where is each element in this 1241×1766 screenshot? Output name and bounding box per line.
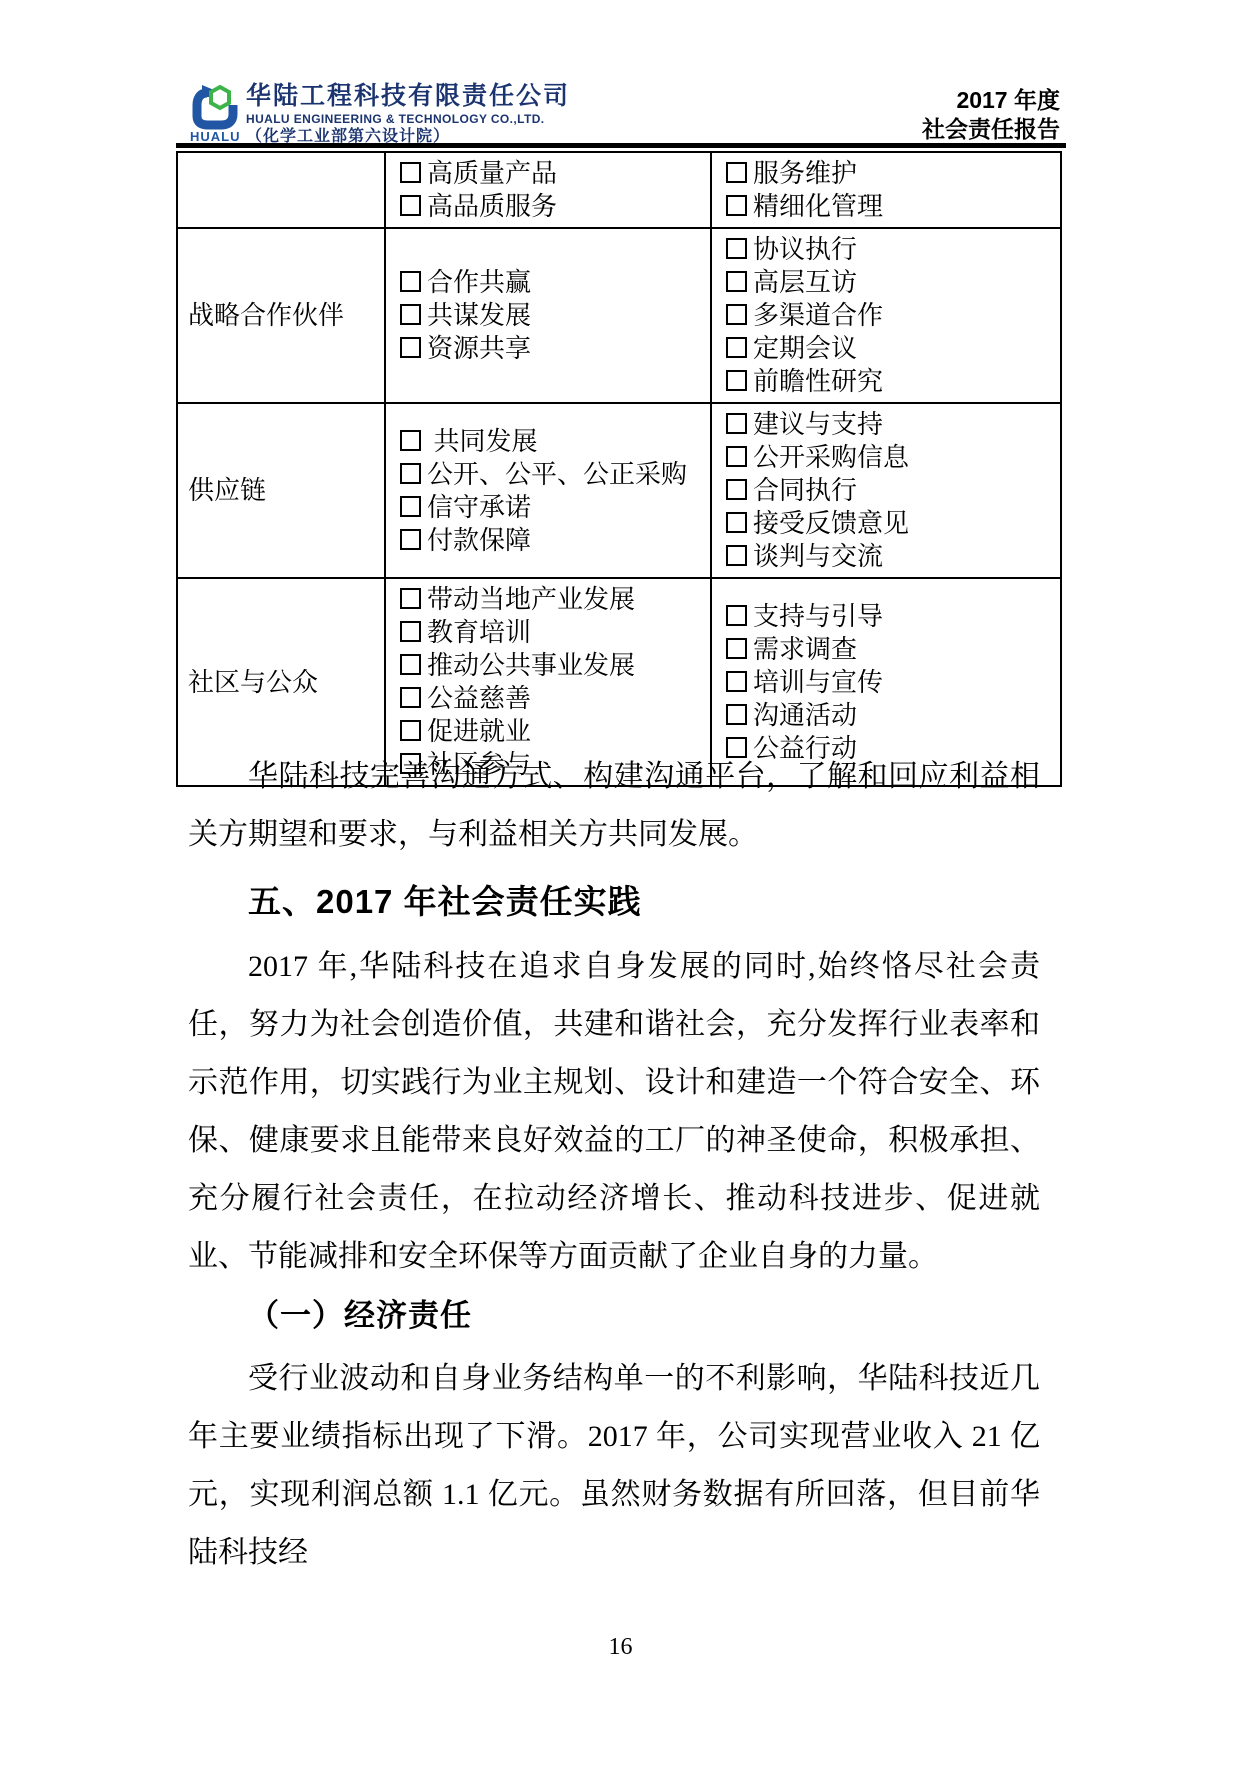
subsection-heading: （一）经济责任 bbox=[248, 1296, 472, 1336]
checkbox-icon bbox=[726, 545, 747, 566]
checkbox-item: 教育培训 bbox=[400, 616, 706, 649]
checkbox-item: 多渠道合作 bbox=[726, 299, 1056, 332]
checkbox-item-label: 共谋发展 bbox=[427, 301, 531, 330]
checkbox-item-label: 资源共享 bbox=[427, 334, 531, 363]
checkbox-item-label: 前瞻性研究 bbox=[753, 367, 883, 396]
checkbox-item: 带动当地产业发展 bbox=[400, 583, 706, 616]
stakeholder-label: 社区与公众 bbox=[188, 666, 380, 699]
checkbox-item: 公开、公平、公正采购 bbox=[400, 458, 706, 491]
checkbox-item: 合作共赢 bbox=[400, 266, 706, 299]
response-items-cell: 服务维护精细化管理 bbox=[710, 153, 1060, 227]
checkbox-item-label: 促进就业 bbox=[427, 717, 531, 746]
checkbox-icon bbox=[400, 195, 421, 216]
checkbox-item: 共谋发展 bbox=[400, 299, 706, 332]
checkbox-icon bbox=[400, 463, 421, 484]
checkbox-item: 协议执行 bbox=[726, 233, 1056, 266]
report-title: 社会责任报告 bbox=[922, 115, 1060, 144]
checkbox-icon bbox=[400, 162, 421, 183]
checkbox-icon bbox=[726, 704, 747, 725]
stakeholder-table: 高质量产品高品质服务服务维护精细化管理战略合作伙伴合作共赢共谋发展资源共享协议执… bbox=[176, 151, 1062, 787]
checkbox-item-label: 公开采购信息 bbox=[753, 443, 909, 472]
checkbox-item: 谈判与交流 bbox=[726, 540, 1056, 573]
checkbox-item: 高质量产品 bbox=[400, 157, 706, 190]
checkbox-item-label: 带动当地产业发展 bbox=[427, 585, 635, 614]
checkbox-item: 精细化管理 bbox=[726, 190, 1056, 223]
checkbox-item-label: 沟通活动 bbox=[753, 701, 857, 730]
checkbox-item: 推动公共事业发展 bbox=[400, 649, 706, 682]
checkbox-icon bbox=[400, 337, 421, 358]
checkbox-item: 沟通活动 bbox=[726, 699, 1056, 732]
checkbox-icon bbox=[726, 512, 747, 533]
checkbox-item-label: 精细化管理 bbox=[753, 192, 883, 221]
checkbox-icon bbox=[400, 271, 421, 292]
response-items-cell: 建议与支持公开采购信息合同执行接受反馈意见谈判与交流 bbox=[710, 404, 1060, 577]
section-heading: 五、2017 年社会责任实践 bbox=[248, 882, 642, 922]
checkbox-item: 信守承诺 bbox=[400, 491, 706, 524]
checkbox-item-label: 培训与宣传 bbox=[753, 668, 883, 697]
checkbox-item-label: 公开、公平、公正采购 bbox=[427, 460, 687, 489]
stakeholder-label: 战略合作伙伴 bbox=[188, 299, 380, 332]
checkbox-item-label: 教育培训 bbox=[427, 618, 531, 647]
company-name-en: HUALU ENGINEERING & TECHNOLOGY CO.,LTD. bbox=[246, 113, 570, 125]
checkbox-item: 高品质服务 bbox=[400, 190, 706, 223]
checkbox-item: 支持与引导 bbox=[726, 600, 1056, 633]
table-row: 高质量产品高品质服务服务维护精细化管理 bbox=[178, 153, 1060, 227]
checkbox-icon bbox=[726, 271, 747, 292]
stakeholder-label-cell: 战略合作伙伴 bbox=[178, 229, 384, 402]
company-name-cn: 华陆工程科技有限责任公司 bbox=[246, 84, 570, 109]
checkbox-item: 高层互访 bbox=[726, 266, 1056, 299]
checkbox-item-label: 需求调查 bbox=[753, 635, 857, 664]
checkbox-item: 付款保障 bbox=[400, 524, 706, 557]
report-year: 2017 年度 bbox=[922, 86, 1060, 115]
checkbox-item-label: 高品质服务 bbox=[427, 192, 557, 221]
checkbox-item-label: 协议执行 bbox=[753, 235, 857, 264]
checkbox-item-label: 支持与引导 bbox=[753, 602, 883, 631]
checkbox-item-label: 合同执行 bbox=[753, 476, 857, 505]
checkbox-item: 资源共享 bbox=[400, 332, 706, 365]
checkbox-icon bbox=[726, 671, 747, 692]
checkbox-item-label: 建议与支持 bbox=[753, 410, 883, 439]
checkbox-icon bbox=[400, 720, 421, 741]
checkbox-item-label: 高质量产品 bbox=[427, 159, 557, 188]
company-name-block: 华陆工程科技有限责任公司 HUALU ENGINEERING & TECHNOL… bbox=[246, 84, 570, 145]
checkbox-icon bbox=[400, 304, 421, 325]
paragraph-economic: 受行业波动和自身业务结构单一的不利影响，华陆科技近几年主要业绩指标出现了下滑。2… bbox=[188, 1350, 1040, 1582]
paragraph-practice: 2017 年,华陆科技在追求自身发展的同时,始终恪尽社会责任，努力为社会创造价值… bbox=[188, 938, 1040, 1286]
checkbox-icon bbox=[726, 195, 747, 216]
report-title-block: 2017 年度 社会责任报告 bbox=[922, 86, 1060, 144]
expectation-items-cell: 高质量产品高品质服务 bbox=[384, 153, 710, 227]
checkbox-item-label: 高层互访 bbox=[753, 268, 857, 297]
response-items-cell: 协议执行高层互访多渠道合作定期会议前瞻性研究 bbox=[710, 229, 1060, 402]
checkbox-item-label: 信守承诺 bbox=[427, 493, 531, 522]
checkbox-item: 定期会议 bbox=[726, 332, 1056, 365]
header-rule bbox=[176, 143, 1066, 148]
checkbox-icon bbox=[726, 370, 747, 391]
table-row: 供应链 共同发展公开、公平、公正采购信守承诺付款保障建议与支持公开采购信息合同执… bbox=[178, 402, 1060, 577]
checkbox-item: 公开采购信息 bbox=[726, 441, 1056, 474]
checkbox-icon bbox=[726, 162, 747, 183]
checkbox-icon bbox=[726, 337, 747, 358]
checkbox-item: 服务维护 bbox=[726, 157, 1056, 190]
checkbox-icon bbox=[400, 621, 421, 642]
checkbox-icon bbox=[400, 588, 421, 609]
report-page: HUALU 华陆工程科技有限责任公司 HUALU ENGINEERING & T… bbox=[0, 0, 1241, 1766]
checkbox-icon bbox=[400, 654, 421, 675]
checkbox-item: 培训与宣传 bbox=[726, 666, 1056, 699]
checkbox-item-label: 服务维护 bbox=[753, 159, 857, 188]
checkbox-icon bbox=[726, 238, 747, 259]
company-logo: HUALU bbox=[190, 84, 240, 144]
checkbox-item-label: 谈判与交流 bbox=[753, 542, 883, 571]
checkbox-icon bbox=[400, 529, 421, 550]
expectation-items-cell: 合作共赢共谋发展资源共享 bbox=[384, 229, 710, 402]
hualu-logo-icon bbox=[192, 84, 238, 130]
checkbox-icon bbox=[726, 413, 747, 434]
checkbox-icon bbox=[726, 638, 747, 659]
checkbox-item: 建议与支持 bbox=[726, 408, 1056, 441]
checkbox-item: 前瞻性研究 bbox=[726, 365, 1056, 398]
checkbox-item-label: 合作共赢 bbox=[427, 268, 531, 297]
checkbox-icon bbox=[400, 496, 421, 517]
checkbox-item: 共同发展 bbox=[400, 425, 706, 458]
checkbox-item-label: 共同发展 bbox=[427, 427, 538, 456]
stakeholder-label-cell bbox=[178, 153, 384, 227]
checkbox-item-label: 接受反馈意见 bbox=[753, 509, 909, 538]
checkbox-item: 需求调查 bbox=[726, 633, 1056, 666]
checkbox-item: 促进就业 bbox=[400, 715, 706, 748]
checkbox-item-label: 公益慈善 bbox=[427, 684, 531, 713]
paragraph-communication: 华陆科技完善沟通方式、构建沟通平台，了解和回应利益相关方期望和要求，与利益相关方… bbox=[188, 748, 1040, 864]
page-number: 16 bbox=[0, 1634, 1241, 1661]
checkbox-icon bbox=[726, 479, 747, 500]
checkbox-icon bbox=[726, 605, 747, 626]
expectation-items-cell: 共同发展公开、公平、公正采购信守承诺付款保障 bbox=[384, 404, 710, 577]
checkbox-item: 公益慈善 bbox=[400, 682, 706, 715]
checkbox-icon bbox=[400, 687, 421, 708]
checkbox-item-label: 推动公共事业发展 bbox=[427, 651, 635, 680]
checkbox-item: 合同执行 bbox=[726, 474, 1056, 507]
checkbox-icon bbox=[726, 304, 747, 325]
checkbox-item-label: 付款保障 bbox=[427, 526, 531, 555]
checkbox-item-label: 定期会议 bbox=[753, 334, 857, 363]
checkbox-item-label: 多渠道合作 bbox=[753, 301, 883, 330]
logo-green-hexagon bbox=[211, 87, 229, 108]
stakeholder-label: 供应链 bbox=[188, 474, 380, 507]
stakeholder-label-cell: 供应链 bbox=[178, 404, 384, 577]
table-row: 战略合作伙伴合作共赢共谋发展资源共享协议执行高层互访多渠道合作定期会议前瞻性研究 bbox=[178, 227, 1060, 402]
checkbox-item: 接受反馈意见 bbox=[726, 507, 1056, 540]
logo-brand-word: HUALU bbox=[190, 130, 240, 144]
checkbox-icon bbox=[400, 430, 421, 451]
checkbox-icon bbox=[726, 446, 747, 467]
